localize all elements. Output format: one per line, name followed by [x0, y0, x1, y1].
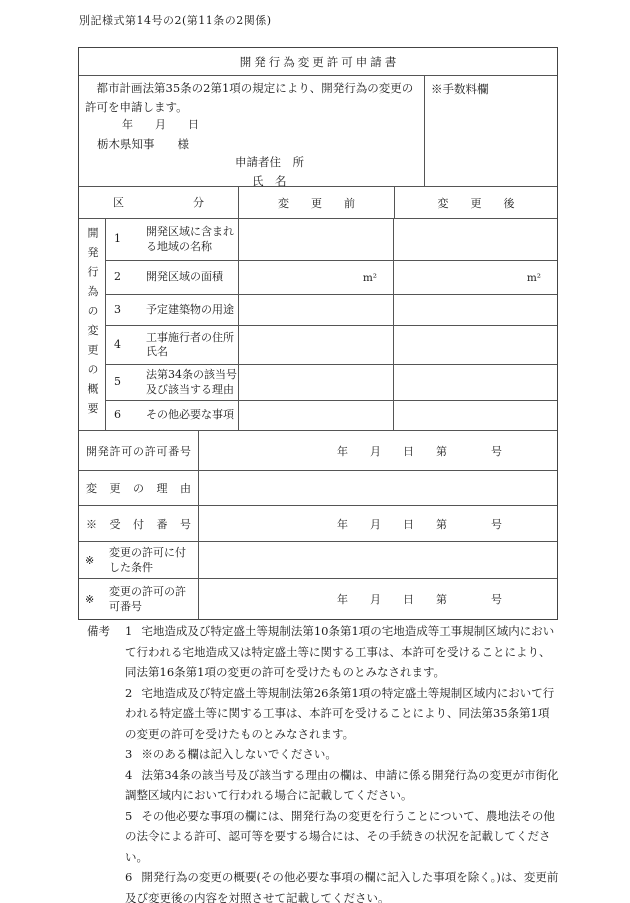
row-number: 3 — [114, 303, 146, 318]
note-number: 4 — [125, 768, 132, 782]
row-value-cell: 年 月 日 第 号 — [198, 579, 557, 619]
note-text: 宅地造成及び特定盛土等規制法第26条第1項の特定盛土等規制区域内において行われる… — [125, 686, 554, 741]
row-label-cell: ※ 変更の許可の許 可番号 — [79, 579, 198, 619]
application-form-table: 開発行為変更許可申請書 都市計画法第35条の2第1項の規定により、開発行為の変更… — [78, 47, 558, 620]
table-row: 4 工事施行者の住所 氏名 — [106, 325, 557, 364]
form-page: 別記様式第14号の2(第11条の2関係) 開発行為変更許可申請書 都市計画法第3… — [0, 0, 630, 903]
row-value-cell — [198, 542, 557, 578]
row-value-cell — [198, 471, 557, 505]
note-text: ※のある欄は記入しないでください。 — [141, 747, 337, 761]
change-permit-number-row: ※ 変更の許可の許 可番号 年 月 日 第 号 — [79, 578, 557, 619]
application-section: 都市計画法第35条の2第1項の規定により、開発行為の変更の 許可を申請します。 … — [79, 75, 557, 186]
after-change-cell: m² — [393, 261, 557, 294]
row-label-cell: 3 予定建築物の用途 — [106, 295, 238, 325]
row-label-cell: ※受付番号 — [79, 506, 198, 541]
after-change-cell — [393, 326, 557, 364]
table-header-row: 区分 変 更 前 変 更 後 — [79, 186, 557, 218]
header-after-change: 変 更 後 — [394, 187, 557, 218]
row-value-cell: 年 月 日 第 号 — [198, 431, 557, 470]
row-number: 2 — [114, 270, 146, 285]
after-change-cell — [393, 365, 557, 400]
header-before-change: 変 更 前 — [238, 187, 394, 218]
note-text: その他必要な事項の欄には、開発行為の変更を行うことについて、農地法その他の法令に… — [125, 809, 555, 864]
row-label: その他必要な事項 — [146, 408, 234, 423]
row-number: 4 — [114, 338, 146, 353]
form-id-label: 別記様式第14号の2(第11条の2関係) — [79, 12, 272, 28]
row-label: 開発許可の許可番号 — [79, 443, 198, 459]
row-label: 開発区域の面積 — [146, 270, 223, 285]
row-label: 工事施行者の住所 氏名 — [146, 331, 234, 360]
row-value-cell: 年 月 日 第 号 — [198, 506, 557, 541]
note-text: 開発行為の変更の概要(その他必要な事項の欄に記入した事項を除く。)は、変更前及び… — [125, 870, 558, 903]
fee-box-label: ※手数料欄 — [431, 82, 489, 96]
addressee-label: 栃木県知事 様 — [97, 135, 420, 154]
notes-section: 備考 1宅地造成及び特定盛土等規制法第10条第1項の宅地造成等工事規制区域内にお… — [87, 621, 559, 903]
fee-box-cell: ※手数料欄 — [424, 76, 557, 186]
note-item: 2宅地造成及び特定盛土等規制法第26条第1項の特定盛土等規制区域内において行われ… — [125, 683, 559, 745]
note-number: 3 — [125, 747, 132, 761]
row-number: 5 — [114, 375, 146, 390]
note-text: 法第34条の該当号及び該当する理由の欄は、申請に係る開発行為の変更が市街化調整区… — [125, 768, 558, 803]
row-label: 変更の理由 — [79, 480, 198, 496]
reference-mark: ※ — [85, 593, 109, 606]
row-label: 変更の許可の許 可番号 — [109, 584, 186, 614]
row-label: 予定建築物の用途 — [146, 303, 234, 318]
table-row: 6 その他必要な事項 — [106, 400, 557, 430]
reception-number-row: ※受付番号 年 月 日 第 号 — [79, 505, 557, 541]
row-label-cell: 5 法第34条の該当号 及び該当する理由 — [106, 365, 238, 400]
before-change-cell — [238, 326, 393, 364]
change-reason-row: 変更の理由 — [79, 470, 557, 505]
overview-rows: 1 開発区域に含まれ る地域の名称 2 開発区域の面積 m² m² — [106, 219, 557, 430]
note-item: 4法第34条の該当号及び該当する理由の欄は、申請に係る開発行為の変更が市街化調整… — [125, 765, 559, 806]
table-row: 3 予定建築物の用途 — [106, 294, 557, 325]
overview-side-label: 開発行為の変更の概要 — [84, 227, 100, 422]
overview-side-label-strip: 開発行為の変更の概要 — [79, 219, 106, 430]
reference-mark: ※ — [85, 554, 109, 567]
note-item: 6開発行為の変更の概要(その他必要な事項の欄に記入した事項を除く。)は、変更前及… — [125, 867, 559, 903]
row-label-cell: ※ 変更の許可に付 した条件 — [79, 542, 198, 578]
note-number: 6 — [125, 870, 132, 884]
row-label-cell: 開発許可の許可番号 — [79, 431, 198, 470]
after-change-cell — [393, 219, 557, 260]
application-text-cell: 都市計画法第35条の2第1項の規定により、開発行為の変更の 許可を申請します。 … — [79, 76, 424, 186]
row-label: 開発区域に含まれ る地域の名称 — [146, 225, 234, 254]
row-number: 1 — [114, 232, 146, 247]
row-label-cell: 1 開発区域に含まれ る地域の名称 — [106, 219, 238, 260]
note-item: 3※のある欄は記入しないでください。 — [125, 744, 559, 765]
after-change-cell — [393, 401, 557, 430]
note-number: 2 — [125, 686, 132, 700]
note-number: 1 — [125, 624, 132, 638]
notes-label: 備考 — [87, 621, 110, 642]
row-label: 法第34条の該当号 及び該当する理由 — [146, 368, 237, 397]
row-label-cell: 2 開発区域の面積 — [106, 261, 238, 294]
after-change-cell — [393, 295, 557, 325]
before-change-cell — [238, 295, 393, 325]
before-change-cell — [238, 365, 393, 400]
before-change-cell: m² — [238, 261, 393, 294]
table-row: 2 開発区域の面積 m² m² — [106, 260, 557, 294]
note-number: 5 — [125, 809, 132, 823]
header-category: 区分 — [79, 187, 238, 218]
overview-section: 開発行為の変更の概要 1 開発区域に含まれ る地域の名称 2 開発区域の面積 — [79, 218, 557, 430]
note-text: 宅地造成及び特定盛土等規制法第10条第1項の宅地造成等工事規制区域内において行わ… — [125, 624, 554, 679]
permit-number-row: 開発許可の許可番号 年 月 日 第 号 — [79, 430, 557, 470]
table-row: 1 開発区域に含まれ る地域の名称 — [106, 219, 557, 260]
row-label-cell: 6 その他必要な事項 — [106, 401, 238, 430]
before-change-cell — [238, 401, 393, 430]
row-number: 6 — [114, 408, 146, 423]
note-item: 1宅地造成及び特定盛土等規制法第10条第1項の宅地造成等工事規制区域内において行… — [125, 621, 559, 683]
note-item: 5その他必要な事項の欄には、開発行為の変更を行うことについて、農地法その他の法令… — [125, 806, 559, 868]
row-label: 変更の許可に付 した条件 — [109, 545, 186, 575]
application-date-line: 年 月 日 — [122, 116, 420, 135]
application-body-text: 都市計画法第35条の2第1項の規定により、開発行為の変更の 許可を申請します。 — [85, 79, 420, 116]
row-label-cell: 変更の理由 — [79, 471, 198, 505]
form-title: 開発行為変更許可申請書 — [79, 48, 557, 75]
row-label: ※受付番号 — [79, 516, 198, 532]
permit-conditions-row: ※ 変更の許可に付 した条件 — [79, 541, 557, 578]
row-label-cell: 4 工事施行者の住所 氏名 — [106, 326, 238, 364]
before-change-cell — [238, 219, 393, 260]
table-row: 5 法第34条の該当号 及び該当する理由 — [106, 364, 557, 400]
applicant-address-label: 申請者住 所 — [235, 153, 420, 172]
